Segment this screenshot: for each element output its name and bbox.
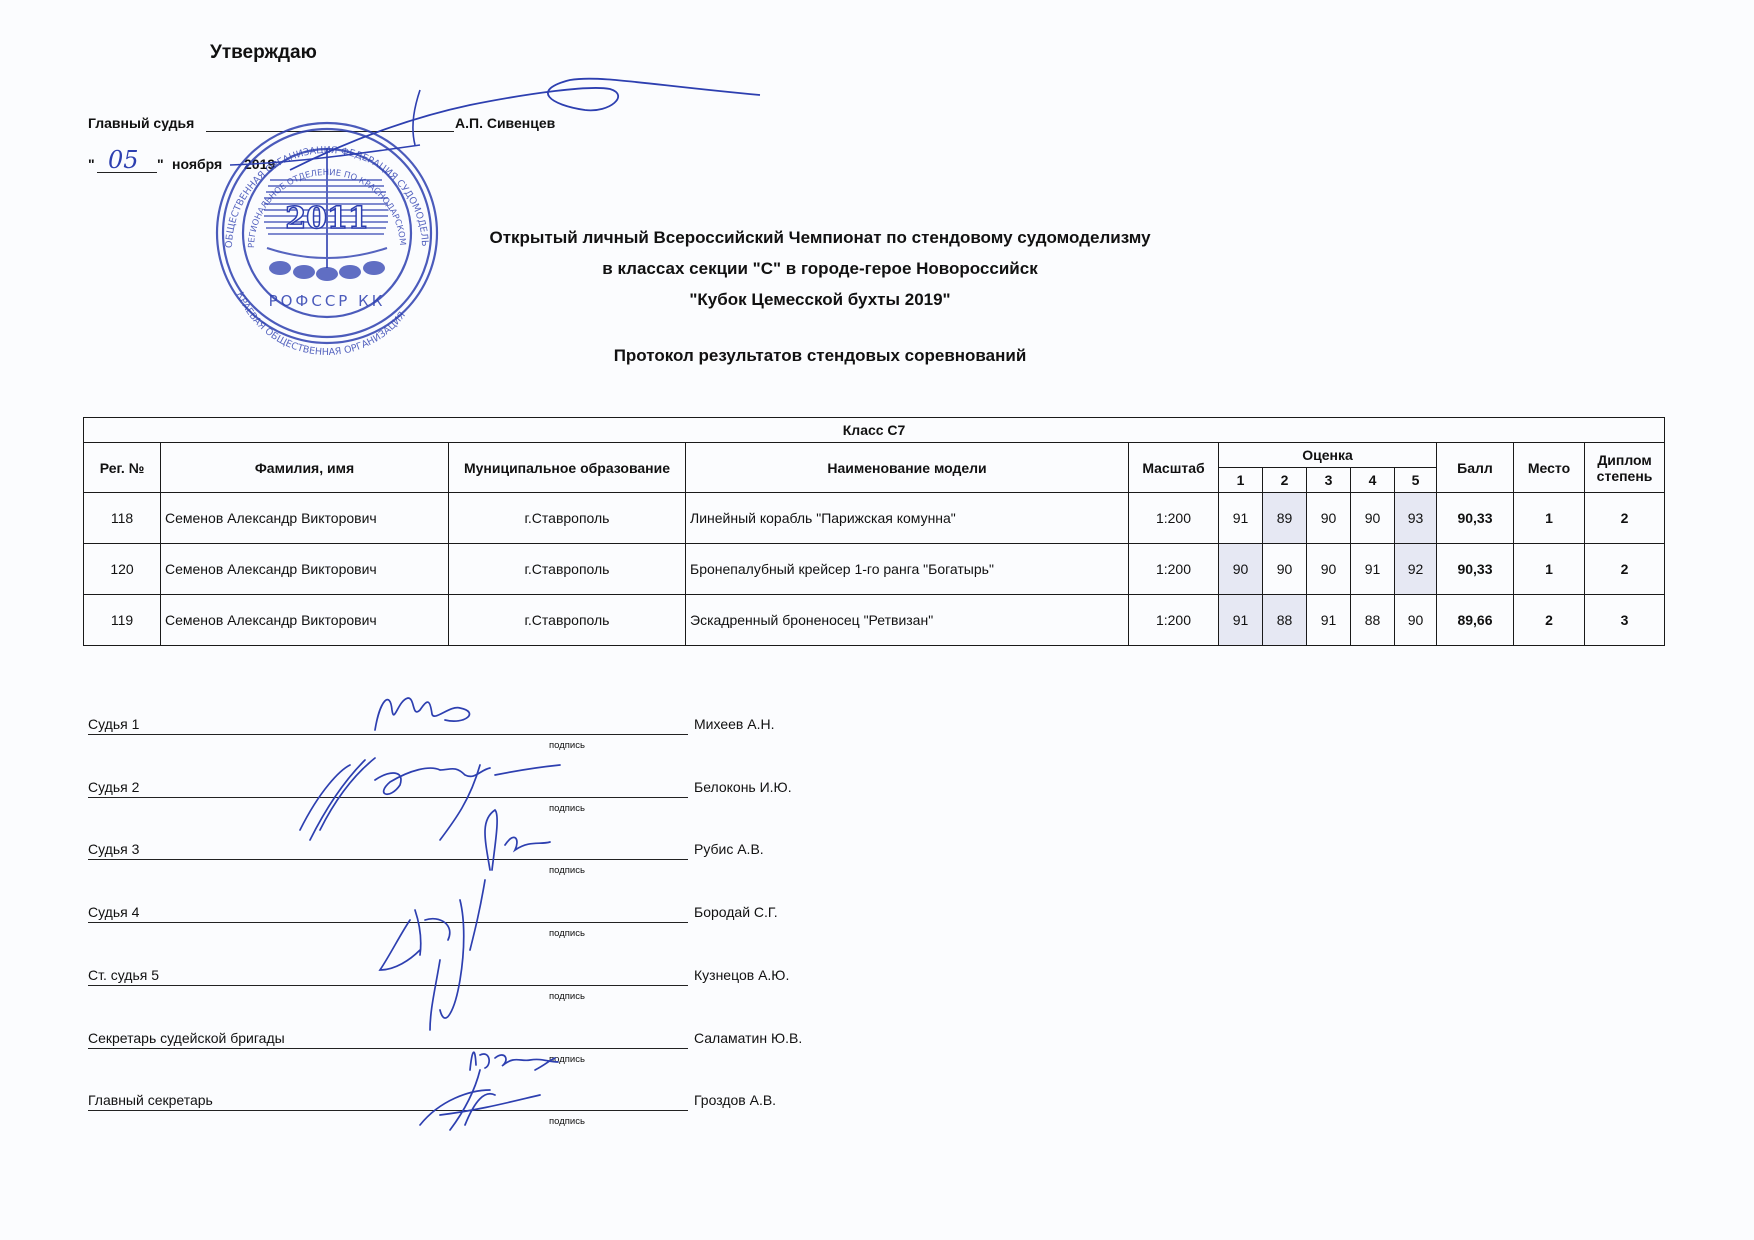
scale: 1:200: [1129, 544, 1219, 595]
participant-name: Семенов Александр Викторович: [161, 595, 449, 646]
class-label: Класс С7: [84, 418, 1665, 443]
signature-role: Секретарь судейской бригады: [88, 1030, 285, 1046]
header-judge-1: 1: [1219, 468, 1263, 493]
header-municipality: Муниципальное образование: [449, 443, 686, 493]
diploma: 3: [1585, 595, 1665, 646]
table-row: 119Семенов Александр Викторовичг.Ставроп…: [84, 595, 1665, 646]
header-name: Фамилия, имя: [161, 443, 449, 493]
signature-caption: подпись: [549, 865, 585, 876]
points: 90,33: [1437, 544, 1514, 595]
place: 1: [1514, 493, 1585, 544]
header-diploma: Диплом степень: [1585, 443, 1665, 493]
chief-judge-signature-line: [206, 131, 454, 132]
judge-4-score: 88: [1351, 595, 1395, 646]
signature-name: Бородай С.Г.: [694, 904, 778, 920]
signature-name: Белоконь И.Ю.: [694, 779, 792, 795]
municipality: г.Ставрополь: [449, 493, 686, 544]
header-points: Балл: [1437, 443, 1514, 493]
date-day-handwritten: 05: [108, 146, 139, 174]
place: 1: [1514, 544, 1585, 595]
judge-1-score: 91: [1219, 595, 1263, 646]
signature-caption: подпись: [549, 928, 585, 939]
signature-role: Судья 1: [88, 716, 139, 732]
signature-name: Гроздов А.В.: [694, 1092, 776, 1108]
points: 90,33: [1437, 493, 1514, 544]
header-judge-2: 2: [1263, 468, 1307, 493]
reg-no: 120: [84, 544, 161, 595]
judge-1-score: 90: [1219, 544, 1263, 595]
title-protocol: Протокол результатов стендовых соревнова…: [100, 346, 1540, 366]
judge-2-score: 90: [1263, 544, 1307, 595]
judge-4-score: 90: [1351, 493, 1395, 544]
signature-role: Судья 3: [88, 841, 139, 857]
judge-4-score: 91: [1351, 544, 1395, 595]
title-section-city: в классах секции "С" в городе-герое Ново…: [100, 259, 1540, 279]
chief-judge-label: Главный судья: [88, 115, 194, 131]
header-place: Место: [1514, 443, 1585, 493]
signature-name: Кузнецов А.Ю.: [694, 967, 789, 983]
scale: 1:200: [1129, 493, 1219, 544]
table-row: 118Семенов Александр Викторовичг.Ставроп…: [84, 493, 1665, 544]
header-judge-4: 4: [1351, 468, 1395, 493]
signature-caption: подпись: [549, 1054, 585, 1065]
table-body: 118Семенов Александр Викторовичг.Ставроп…: [84, 493, 1665, 646]
reg-no: 119: [84, 595, 161, 646]
judge-signatures-ink-icon: [280, 670, 660, 1140]
participant-name: Семенов Александр Викторович: [161, 544, 449, 595]
signature-line: [88, 922, 688, 923]
approval-title: Утверждаю: [210, 42, 317, 64]
municipality: г.Ставрополь: [449, 544, 686, 595]
class-row: Класс С7: [84, 418, 1665, 443]
signature-line: [88, 1110, 688, 1111]
title-cup-name: "Кубок Цемесской бухты 2019": [100, 290, 1540, 310]
reg-no: 118: [84, 493, 161, 544]
signature-line: [88, 985, 688, 986]
diploma: 2: [1585, 493, 1665, 544]
model-name: Эскадренный броненосец "Ретвизан": [686, 595, 1129, 646]
header-judge-3: 3: [1307, 468, 1351, 493]
model-name: Линейный корабль "Парижская комунна": [686, 493, 1129, 544]
header-row: Рег. № Фамилия, имя Муниципальное образо…: [84, 443, 1665, 468]
judge-1-score: 91: [1219, 493, 1263, 544]
model-name: Бронепалубный крейсер 1-го ранга "Богаты…: [686, 544, 1129, 595]
signature-line: [88, 797, 688, 798]
judge-5-score: 90: [1395, 595, 1437, 646]
signature-caption: подпись: [549, 803, 585, 814]
header-scale: Масштаб: [1129, 443, 1219, 493]
signature-caption: подпись: [549, 740, 585, 751]
signature-caption: подпись: [549, 1116, 585, 1127]
date-quote-close: ": [157, 156, 164, 172]
signature-role: Судья 2: [88, 779, 139, 795]
signature-name: Михеев А.Н.: [694, 716, 774, 732]
signature-name: Рубис А.В.: [694, 841, 764, 857]
diploma: 2: [1585, 544, 1665, 595]
judge-2-score: 88: [1263, 595, 1307, 646]
header-score-group: Оценка: [1219, 443, 1437, 468]
date-quote-open: ": [88, 156, 95, 172]
header-reg-no: Рег. №: [84, 443, 161, 493]
date-month: ноября: [172, 156, 222, 172]
judge-3-score: 91: [1307, 595, 1351, 646]
signature-line: [88, 1048, 688, 1049]
table-row: 120Семенов Александр Викторовичг.Ставроп…: [84, 544, 1665, 595]
place: 2: [1514, 595, 1585, 646]
date-year: 2019: [244, 156, 275, 172]
signature-name: Саламатин Ю.В.: [694, 1030, 802, 1046]
signature-line: [88, 859, 688, 860]
results-table: Класс С7 Рег. № Фамилия, имя Муниципальн…: [83, 417, 1665, 646]
judge-2-score: 89: [1263, 493, 1307, 544]
municipality: г.Ставрополь: [449, 595, 686, 646]
signature-role: Ст. судья 5: [88, 967, 159, 983]
chief-judge-name: А.П. Сивенцев: [455, 115, 555, 131]
signature-role: Судья 4: [88, 904, 139, 920]
signature-caption: подпись: [549, 991, 585, 1002]
participant-name: Семенов Александр Викторович: [161, 493, 449, 544]
header-model: Наименование модели: [686, 443, 1129, 493]
header-judge-5: 5: [1395, 468, 1437, 493]
judge-5-score: 92: [1395, 544, 1437, 595]
judge-5-score: 93: [1395, 493, 1437, 544]
points: 89,66: [1437, 595, 1514, 646]
signature-line: [88, 734, 688, 735]
scale: 1:200: [1129, 595, 1219, 646]
title-championship: Открытый личный Всероссийский Чемпионат …: [100, 228, 1540, 248]
judge-3-score: 90: [1307, 493, 1351, 544]
judge-3-score: 90: [1307, 544, 1351, 595]
signature-role: Главный секретарь: [88, 1092, 213, 1108]
